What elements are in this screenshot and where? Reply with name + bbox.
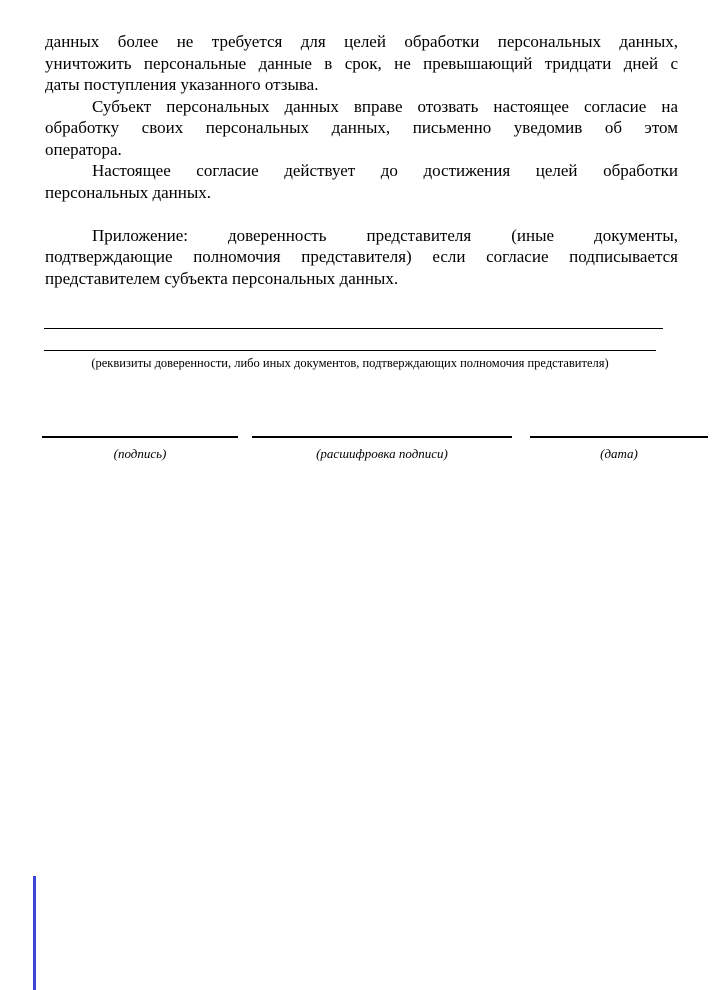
body-text: данных более не требуется для целей обра… (45, 31, 678, 289)
fill-line-requisites-1[interactable] (44, 328, 663, 329)
document-page: данных более не требуется для целей обра… (0, 0, 723, 990)
text-line: представителем субъекта персональных дан… (45, 268, 678, 290)
text-line: данных более не требуется для целей обра… (45, 31, 678, 53)
signature-transcript-label: (расшифровка подписи) (252, 446, 512, 461)
paragraph-withdrawal-right: Субъект персональных данных вправе отозв… (45, 96, 678, 161)
fill-line-requisites-2[interactable] (44, 350, 656, 351)
text-line: уничтожить персональные данные в срок, н… (45, 53, 678, 75)
blank-line (45, 203, 678, 225)
paragraph-attachment: Приложение: доверенность представителя (… (45, 225, 678, 290)
requisites-caption: (реквизиты доверенности, либо иных докум… (44, 356, 656, 371)
date-label: (дата) (530, 446, 708, 461)
text-line: даты поступления указанного отзыва. (45, 74, 678, 96)
signature-transcript-line[interactable] (252, 436, 512, 438)
text-line: персональных данных. (45, 182, 678, 204)
text-line: Настоящее согласие действует до достижен… (45, 160, 678, 182)
text-line: Приложение: доверенность представителя (… (45, 225, 678, 247)
signature-label: (подпись) (42, 446, 238, 461)
text-line: Субъект персональных данных вправе отозв… (45, 96, 678, 118)
text-line: оператора. (45, 139, 678, 161)
paragraph-continuation: данных более не требуется для целей обра… (45, 31, 678, 96)
text-line: обработку своих персональных данных, пис… (45, 117, 678, 139)
paragraph-validity: Настоящее согласие действует до достижен… (45, 160, 678, 203)
date-line[interactable] (530, 436, 708, 438)
text-line: подтверждающие полномочия представителя)… (45, 246, 678, 268)
signature-line[interactable] (42, 436, 238, 438)
blue-vertical-line (33, 876, 36, 990)
